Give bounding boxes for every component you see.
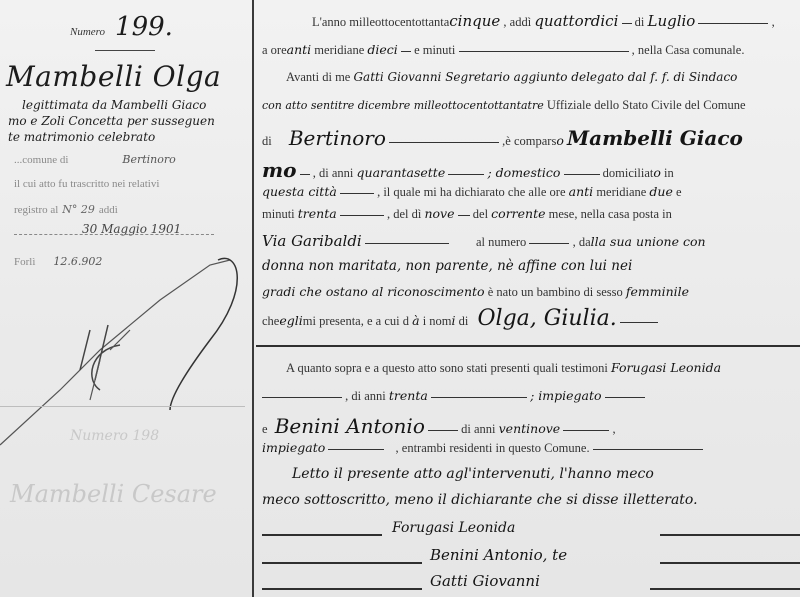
record-line-witnesses: A quanto sopra e a questo atto sono stat… [286,360,721,376]
closing-statement-line-2: meco sottoscritto, meno il dichiarante c… [262,492,698,508]
printed-text: , di anni [345,389,386,403]
blank-line [401,51,411,52]
column-divider [252,0,254,597]
witness-2-age: ventinove [499,421,561,436]
printed-text: Avanti di me [286,70,350,84]
printed-text: L'anno milleottocentottanta [312,15,449,29]
record-line-time: a oreanti meridiane dieci e minuti , nel… [262,42,744,58]
record-line-declarant: di Bertinoro ,è comparso Mambelli Giaco [262,126,743,150]
printed-text: , il quale mi ha dichiarato che alle ore [377,185,565,199]
civil-record-page: Numero 199. Mambelli Olga legittimata da… [0,0,800,597]
record-line-child-name: cheeglimi presenta, e a cui d à i nomi d… [262,306,658,331]
blank-line [365,243,449,244]
signature-line-right [660,562,800,564]
record-line-witness-1-age: , di anni trenta ; impiegato [262,388,645,404]
record-line-officer: Avanti di me Gatti Giovanni Segretario a… [286,70,737,85]
blank-line [593,449,703,450]
printed-text: A quanto sopra e a questo atto sono stat… [286,361,608,375]
printed-text: di anni [461,422,495,436]
signature-line-left [262,588,422,590]
printed-text: e minuti [414,43,455,57]
printed-text: e [262,422,268,436]
subject-name: Mambelli Olga [6,60,221,93]
blank-line [428,430,458,431]
printed-text: mi presenta, e a cui d [303,314,409,328]
blank-line [262,397,342,398]
blank-line [340,193,374,194]
legitimation-note-line-1: legittimata da Mambelli Giaco [22,98,206,112]
transcription-label-1: il cui atto fu trascritto nei relativi [14,178,159,190]
printed-text: minuti [262,207,295,221]
verb-suffix: à [412,313,419,328]
numero-label: Numero [70,26,105,38]
witness-2-occupation: impiegato [262,440,325,455]
comune-value: Bertinoro [289,126,386,150]
printed-text: di [459,314,469,328]
printed-text: che [262,314,279,328]
printed-text: di [635,15,645,29]
record-line-year: L'anno milleottocentottantacinque , addì… [312,12,775,30]
printed-text: , da [573,235,591,249]
printed-text: , addì [503,15,531,29]
printed-text: mese, nella casa posta in [549,207,672,221]
transcription-row-1: il cui atto fu trascritto nei relativi [14,174,159,192]
blank-line [620,322,658,323]
birth-minutes: trenta [298,206,337,221]
margin-separator [0,406,245,407]
printed-text: del [473,207,488,221]
witness-2-name: Benini Antonio [275,414,425,438]
blank-line [431,397,527,398]
parentage-text: lla sua unione con [591,234,706,249]
record-line-residence: questa città , il quale mi ha dichiarato… [262,184,682,200]
parentage-text-cont: gradi che ostano al riconoscimento [262,284,485,299]
printed-text: , di anni [313,166,354,180]
record-line-witness-2: e Benini Antonio di anni ventinove , [262,414,616,438]
child-sex: femminile [626,284,689,299]
printed-text: a ore [262,43,287,57]
witness-1-occupation: ; impiegato [530,388,601,403]
street-value: Via Garibaldi [262,232,362,250]
legitimation-note-line-3: te matrimonio celebrato [8,130,155,144]
legitimation-note-line-2: mo e Zoli Concetta per susseguen [8,114,215,128]
printed-text: e [676,185,682,199]
signature-line-right [660,534,800,536]
gender-suffix: o [556,133,564,148]
blank-line [563,430,609,431]
signature-witness-2: Benini Antonio, te [430,546,567,564]
day-value: quattordici [534,12,618,30]
number-underline [95,50,155,51]
printed-text: ,è compars [502,134,556,148]
record-line-sex: gradi che ostano al riconoscimento è nat… [262,284,689,300]
printed-text: meridiane [596,185,646,199]
signature-line-right [650,588,800,590]
child-given-names: Olga, Giulia. [478,306,617,331]
bleed-through-number: Numero 198 [70,428,159,444]
comune-row: ...comune di Bertinoro [14,150,176,168]
signature-line-left [262,562,422,564]
gender-suffix: o [653,165,661,180]
printed-text: in [664,166,674,180]
birth-hour: due [649,184,672,199]
comune-label: ...comune di [14,154,68,166]
blank-line [622,23,632,24]
signature-line-left [262,534,382,536]
residence-value: questa città [262,184,337,199]
record-line-age: mo , di anni quarantasette ; domestico d… [262,158,674,182]
minutes-blank [459,51,629,52]
blank-line [458,215,470,216]
transcription-row-2: registro al N° 29 addì [14,200,118,218]
blank-line [448,174,484,175]
printed-text: , entrambi residenti in questo Comune. [396,441,590,455]
record-line-officer-cont: con atto sentitre dicembre milleottocent… [262,98,746,113]
official-signature-flourish [0,230,252,460]
signature-officer: Gatti Giovanni [430,572,540,590]
pronoun-value: egli [279,313,302,328]
ante-value: anti [569,184,594,199]
margin-annotation-column: Numero 199. Mambelli Olga legittimata da… [0,0,253,597]
printed-text: , nella Casa comunale. [632,43,745,57]
printed-text: è nato un bambino di sesso [488,285,623,299]
declarant-name-cont: mo [262,158,297,182]
section-separator [256,345,800,347]
witness-1-age: trenta [389,388,428,403]
blank-line [698,23,768,24]
printed-text: al numero [476,235,526,249]
printed-text: , del dì [387,207,421,221]
month-value: Luglio [647,12,695,30]
signature-witness-1: Forugasi Leonida [392,520,515,536]
printed-text: Uffiziale dello Stato Civile del Comune [547,98,746,112]
year-value: cinque [449,12,500,30]
officer-appointment: con atto sentitre dicembre milleottocent… [262,99,544,112]
closing-statement-line-1: Letto il presente atto agl'intervenuti, … [292,466,654,482]
birth-month: corrente [491,206,545,221]
printed-text: di [262,134,272,148]
house-number-blank [529,243,569,244]
record-number: Numero 199. [70,12,173,42]
birth-day: nove [424,206,454,221]
witness-1-name: Forugasi Leonida [611,360,721,375]
blank-line [328,449,384,450]
printed-text: domiciliat [603,166,654,180]
comune-value: Bertinoro [122,153,175,166]
blank-line [340,215,384,216]
transcription-label-2: registro al [14,204,58,216]
declarant-name: Mambelli Giaco [567,126,743,150]
blank-line [605,397,645,398]
numero-value: 199. [115,12,173,42]
record-line-birth-date: minuti trenta , del dì nove del corrente… [262,206,672,222]
blank-line [389,142,499,143]
record-line-parentage: donna non maritata, non parente, nè affi… [262,258,632,274]
plural-suffix: i [452,313,456,328]
ante-value: anti [287,42,312,57]
printed-text: i nom [423,314,452,328]
officer-value: Gatti Giovanni Segretario aggiunto deleg… [353,70,737,84]
addi-label: addì [99,204,118,216]
blank-line [300,174,310,175]
blank-line [564,174,600,175]
bleed-through-name: Mambelli Cesare [10,480,217,508]
printed-text: meridiane [314,43,364,57]
declarant-occupation: ; domestico [487,165,560,180]
declarant-age: quarantasette [357,165,446,180]
record-line-witness-2-job: impiegato , entrambi residenti in questo… [262,440,703,456]
record-line-address: Via Garibaldi al numero , dalla sua unio… [262,232,706,250]
registro-value: N° 29 [62,203,95,216]
hour-value: dieci [367,42,397,57]
